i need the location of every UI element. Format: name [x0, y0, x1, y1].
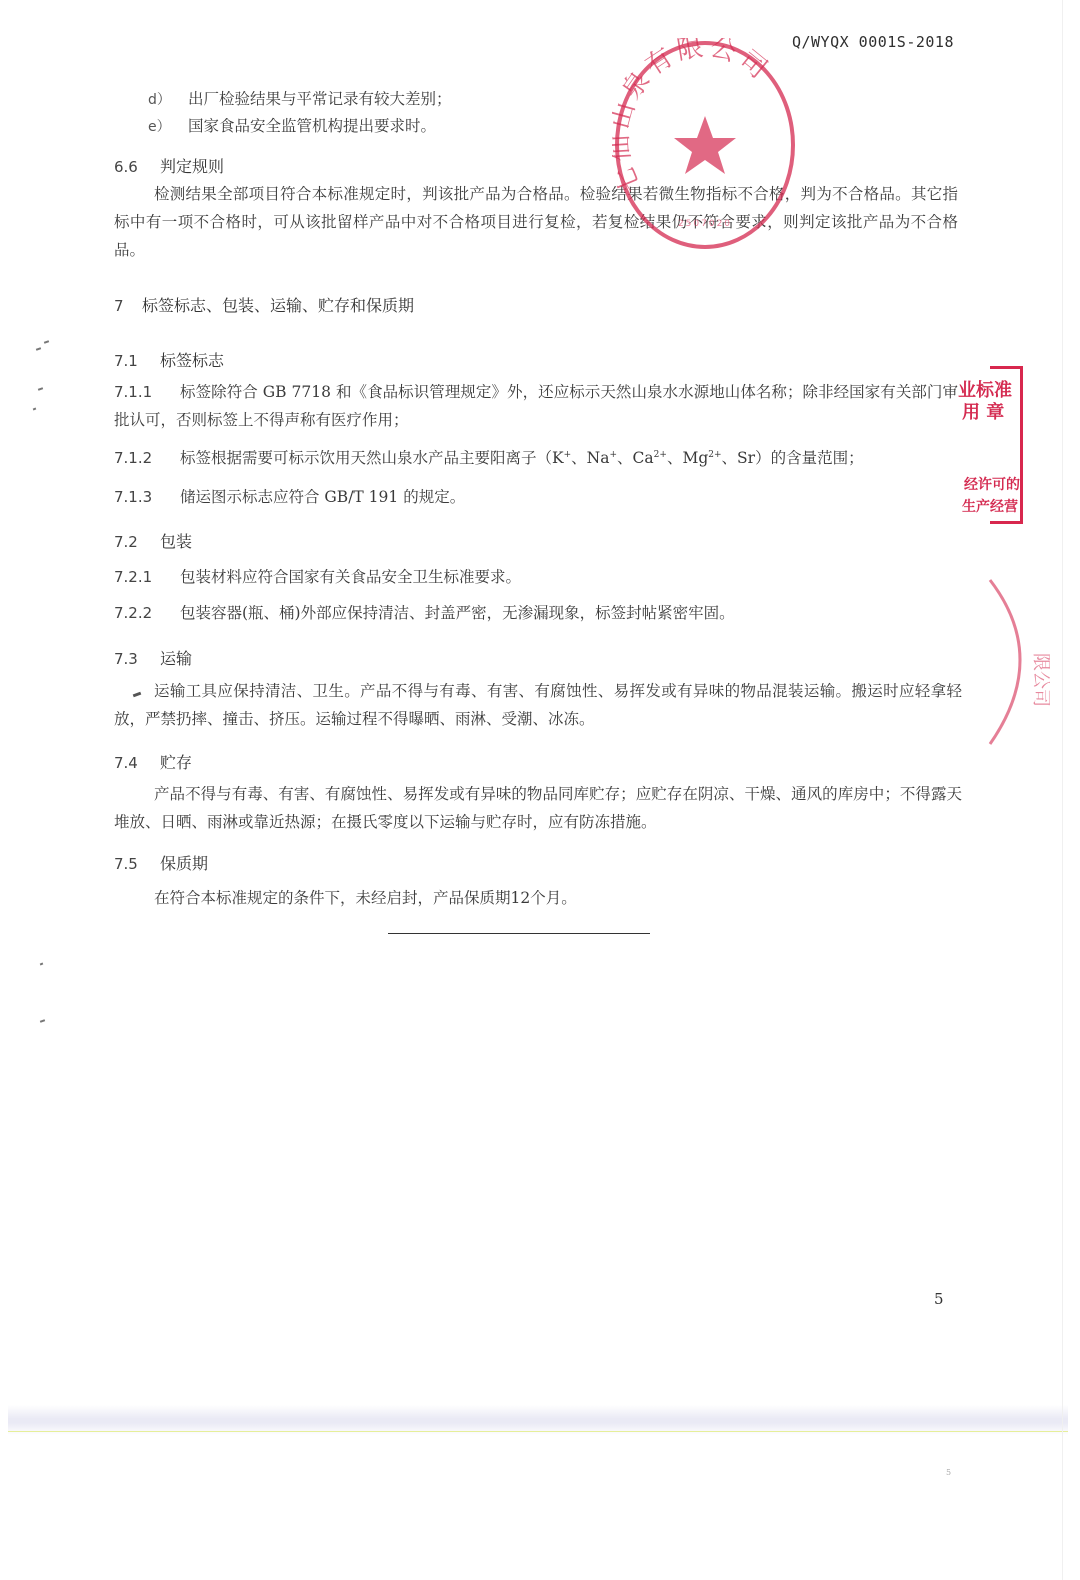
- ion-charge: +: [609, 450, 617, 460]
- list-marker: e）: [148, 116, 188, 136]
- clause-number: 7.2.1: [114, 563, 180, 591]
- clause-7-1-2: 7.1.2标签根据需要可标示饮用天然山泉水产品主要阳离子（K+、Na+、Ca2+…: [114, 441, 964, 472]
- section-paragraph-7-3: 运输工具应保持清洁、卫生。产品不得与有毒、有害、有腐蚀性、易挥发或有异味的物品混…: [114, 677, 962, 733]
- list-text: 国家食品安全监管机构提出要求时。: [188, 117, 436, 135]
- section-number: 7.1: [114, 352, 160, 370]
- clause-text: 包装材料应符合国家有关食品安全卫生标准要求。: [180, 568, 521, 586]
- ion-sr: Sr: [737, 449, 755, 467]
- list-item-e: e）国家食品安全监管机构提出要求时。: [148, 114, 436, 136]
- section-title: 运输: [160, 649, 192, 668]
- ion-na: Na: [587, 449, 610, 467]
- partial-seal-stamp: 限公司: [980, 578, 1050, 748]
- ion-k: K: [552, 449, 564, 467]
- seal-icon: 七仙山泉有限公司 2507020: [612, 38, 798, 252]
- partial-seal-text: 限公司: [1030, 653, 1050, 707]
- section-title: 标签标志: [160, 351, 224, 370]
- ion-ca: Ca: [633, 449, 654, 467]
- section-number: 7.3: [114, 650, 160, 668]
- section-paragraph-6-6: 检测结果全部项目符合本标准规定时，判该批产品为合格品。检验结果若微生物指标不合格…: [114, 180, 958, 264]
- scan-speck: [44, 340, 49, 344]
- seal-serial: 2507020: [678, 219, 732, 229]
- partial-seal-icon: 限公司: [980, 578, 1050, 748]
- scan-speck: [33, 408, 37, 411]
- scan-speck: [40, 1019, 45, 1023]
- section-heading-7: 7标签标志、包装、运输、贮存和保质期: [114, 293, 414, 316]
- section-heading-7-5: 7.5保质期: [114, 851, 208, 874]
- section-heading-7-1: 7.1标签标志: [114, 348, 224, 371]
- ion-mg: Mg: [682, 449, 708, 467]
- section-title: 保质期: [160, 854, 208, 873]
- ion-charge: +: [564, 450, 572, 460]
- clause-text: 储运图示标志应符合 GB/T 191 的规定。: [180, 488, 465, 506]
- section-paragraph-7-5: 在符合本标准规定的条件下，未经启封，产品保质期12个月。: [114, 884, 962, 912]
- clause-7-1-3: 7.1.3储运图示标志应符合 GB/T 191 的规定。: [114, 483, 958, 511]
- list-item-d: d）出厂检验结果与平常记录有较大差别；: [148, 87, 452, 109]
- seal-text: 七仙山泉有限公司: [612, 38, 776, 197]
- seal-line: 生产经营: [962, 496, 1018, 516]
- faint-page-number: 5: [946, 1468, 951, 1477]
- clause-number: 7.1.2: [114, 444, 180, 472]
- page-edge: [1062, 0, 1063, 1580]
- section-title: 包装: [160, 532, 192, 551]
- clause-text: 标签除符合 GB 7718 和《食品标识管理规定》外，还应标示天然山泉水水源地山…: [114, 383, 958, 429]
- scan-speck: [38, 387, 43, 391]
- clause-text-before: 标签根据需要可标示饮用天然山泉水产品主要阳离子（: [180, 449, 552, 467]
- clause-7-1-1: 7.1.1标签除符合 GB 7718 和《食品标识管理规定》外，还应标示天然山泉…: [114, 378, 958, 434]
- section-heading-7-3: 7.3运输: [114, 646, 192, 669]
- section-title: 标签标志、包装、运输、贮存和保质期: [142, 296, 414, 315]
- section-title: 判定规则: [160, 157, 224, 176]
- clause-7-2-2: 7.2.2包装容器(瓶、桶)外部应保持清洁、封盖严密，无渗漏现象，标签封帖紧密牢…: [114, 599, 958, 627]
- clause-text: 包装容器(瓶、桶)外部应保持清洁、封盖严密，无渗漏现象，标签封帖紧密牢固。: [180, 604, 735, 622]
- section-paragraph-7-4: 产品不得与有毒、有害、有腐蚀性、易挥发或有异味的物品同库贮存；应贮存在阴凉、干燥…: [114, 780, 962, 836]
- clause-number: 7.1.3: [114, 483, 180, 511]
- scan-speck: [40, 963, 44, 966]
- page-number: 5: [934, 1290, 944, 1308]
- section-number: 7: [114, 297, 142, 315]
- ion-charge: 2+: [708, 450, 721, 460]
- section-heading-6-6: 6.6判定规则: [114, 154, 224, 177]
- clause-7-2-1: 7.2.1包装材料应符合国家有关食品安全卫生标准要求。: [114, 563, 958, 591]
- list-text: 出厂检验结果与平常记录有较大差别；: [188, 90, 452, 108]
- clause-number: 7.1.1: [114, 378, 180, 406]
- company-seal-stamp: 七仙山泉有限公司 2507020: [612, 38, 798, 252]
- svg-text:七仙山泉有限公司: 七仙山泉有限公司: [612, 38, 776, 197]
- seal-line: 用 章: [962, 398, 1004, 424]
- ion-charge: 2+: [654, 450, 667, 460]
- scan-speck: [36, 347, 41, 351]
- standard-code: Q/WYQX 0001S-2018: [792, 33, 954, 51]
- section-number: 7.4: [114, 754, 160, 772]
- section-number: 7.2: [114, 533, 160, 551]
- section-number: 7.5: [114, 855, 160, 873]
- section-title: 贮存: [160, 753, 192, 772]
- section-number: 6.6: [114, 158, 160, 176]
- section-heading-7-2: 7.2包装: [114, 529, 192, 552]
- seal-line: 经许可的: [964, 474, 1020, 494]
- section-heading-7-4: 7.4贮存: [114, 750, 192, 773]
- list-marker: d）: [148, 89, 188, 109]
- clause-text-after: ）的含量范围；: [755, 449, 864, 467]
- clause-number: 7.2.2: [114, 599, 180, 627]
- standard-seal-stamp: 业标准 用 章 经许可的 生产经营: [956, 362, 1026, 522]
- scan-artifact-line: [8, 1431, 1068, 1432]
- end-of-text-rule: [388, 933, 650, 934]
